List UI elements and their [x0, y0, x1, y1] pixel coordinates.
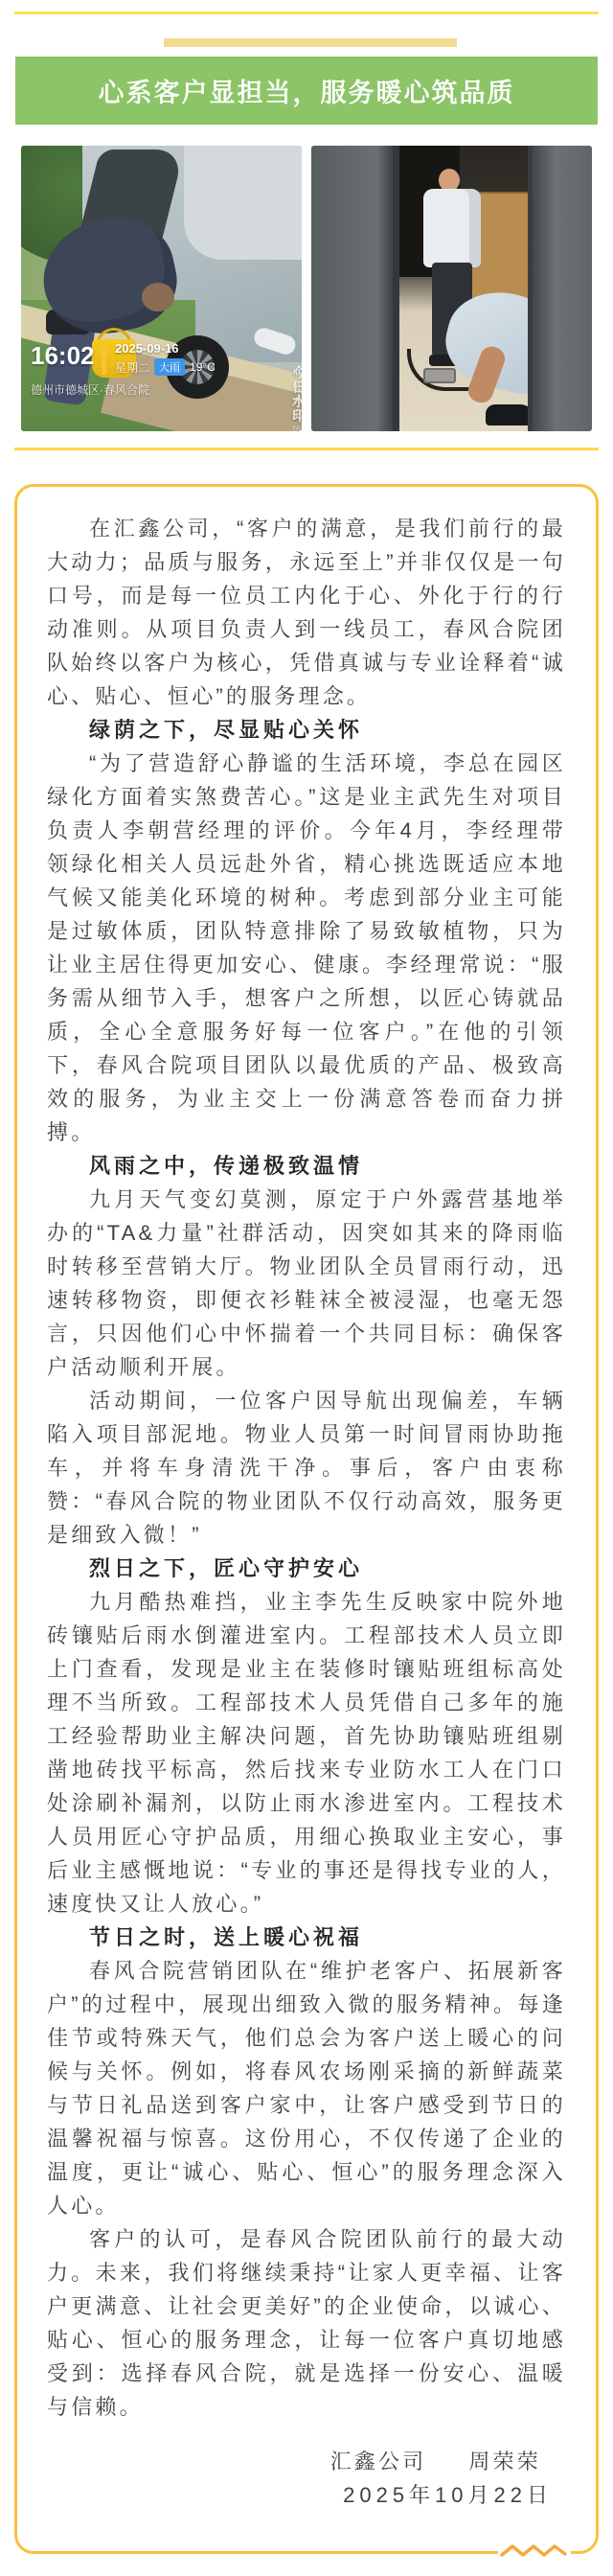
watermark-date: 2025-09-16	[115, 341, 179, 356]
watermark-weekday: 星期二	[115, 359, 149, 376]
section-heading-green-shade: 绿荫之下，尽显贴心关怀	[47, 713, 566, 747]
signature-date: 2025年10月22日	[47, 2478, 566, 2512]
section-heading-hot-sun: 烈日之下，匠心守护安心	[47, 1552, 566, 1585]
title-banner: 心系客户显担当，服务暖心筑品质	[15, 57, 598, 125]
photo-doorway-repair[interactable]	[311, 146, 592, 431]
article-paragraph: 活动期间，一位客户因导航出现偏差，车辆陷入项目部泥地。物业人员第一时间冒雨协助拖…	[47, 1384, 566, 1552]
yellow-divider-line	[14, 448, 599, 450]
watermark-temperature: 19°C	[190, 360, 216, 374]
section-heading-festival: 节日之时，送上暖心祝福	[47, 1920, 566, 1954]
photo-car-washing[interactable]: 16:02 2025-09-16 星期二 大雨 19°C 德州市德城区·春风合院…	[21, 146, 302, 431]
camera-logo-sub: 相机 真实防伪	[292, 366, 301, 431]
signature-line: 汇鑫公司周荣荣	[47, 2445, 566, 2478]
article-paragraph: “为了营造舒心静谧的生活环境，李总在园区绿化方面着实煞费苦心。”这是业主武先生对…	[47, 747, 566, 1149]
zigzag-decoration-icon	[500, 2542, 569, 2560]
power-strip-shape	[423, 368, 456, 383]
signature-company: 汇鑫公司	[330, 2449, 427, 2473]
article-page: { "banner": { "title": "心系客户显担当，服务暖心筑品质"…	[0, 0, 613, 2576]
watermark-location: 德州市德城区·春风合院	[31, 381, 149, 398]
watermark-time: 16:02	[31, 341, 95, 371]
tan-accent-bar	[164, 38, 457, 47]
worker-head-shape	[142, 283, 174, 311]
section-heading-wind-rain: 风雨之中，传递极致温情	[47, 1149, 566, 1183]
left-door-frame-shape	[393, 146, 399, 431]
page-title: 心系客户显担当，服务暖心筑品质	[99, 72, 515, 109]
watermark-weather-badge: 大雨	[154, 358, 185, 376]
standing-man-shirt-shape	[423, 189, 481, 267]
article-paragraph: 春风合院营销团队在“维护老客户、拓展新客户”的过程中，展现出细致入微的服务精神。…	[47, 1954, 566, 2222]
signature-author: 周荣荣	[468, 2449, 541, 2473]
article-paragraph: 九月天气变幻莫测，原定于户外露营基地举办的“TA&力量”社群活动，因突如其来的降…	[47, 1183, 566, 1384]
watermark-divider-bar	[102, 344, 106, 375]
photo-watermark: 16:02 2025-09-16 星期二 大雨 19°C 德州市德城区·春风合院…	[31, 341, 292, 402]
right-wall-shape	[533, 146, 592, 431]
article-body-box: 在汇鑫公司，“客户的满意，是我们前行的最大动力；品质与服务，永远至上”并非仅仅是…	[14, 484, 599, 2554]
top-accent-line	[14, 11, 599, 14]
left-wall-shape	[311, 146, 393, 431]
article-paragraph: 客户的认可，是春风合院团队前行的最大动力。未来，我们将继续秉持“让家人更幸福、让…	[47, 2222, 566, 2424]
car-windshield-shape	[184, 146, 302, 260]
right-door-frame-shape	[528, 146, 534, 431]
article-paragraph: 九月酷热难挡，业主李先生反映家中院外地砖镶贴后雨水倒灌进室内。工程部技术人员立即…	[47, 1585, 566, 1920]
photo-row: 16:02 2025-09-16 星期二 大雨 19°C 德州市德城区·春风合院…	[21, 146, 592, 431]
article-paragraph: 在汇鑫公司，“客户的满意，是我们前行的最大动力；品质与服务，永远至上”并非仅仅是…	[47, 512, 566, 713]
